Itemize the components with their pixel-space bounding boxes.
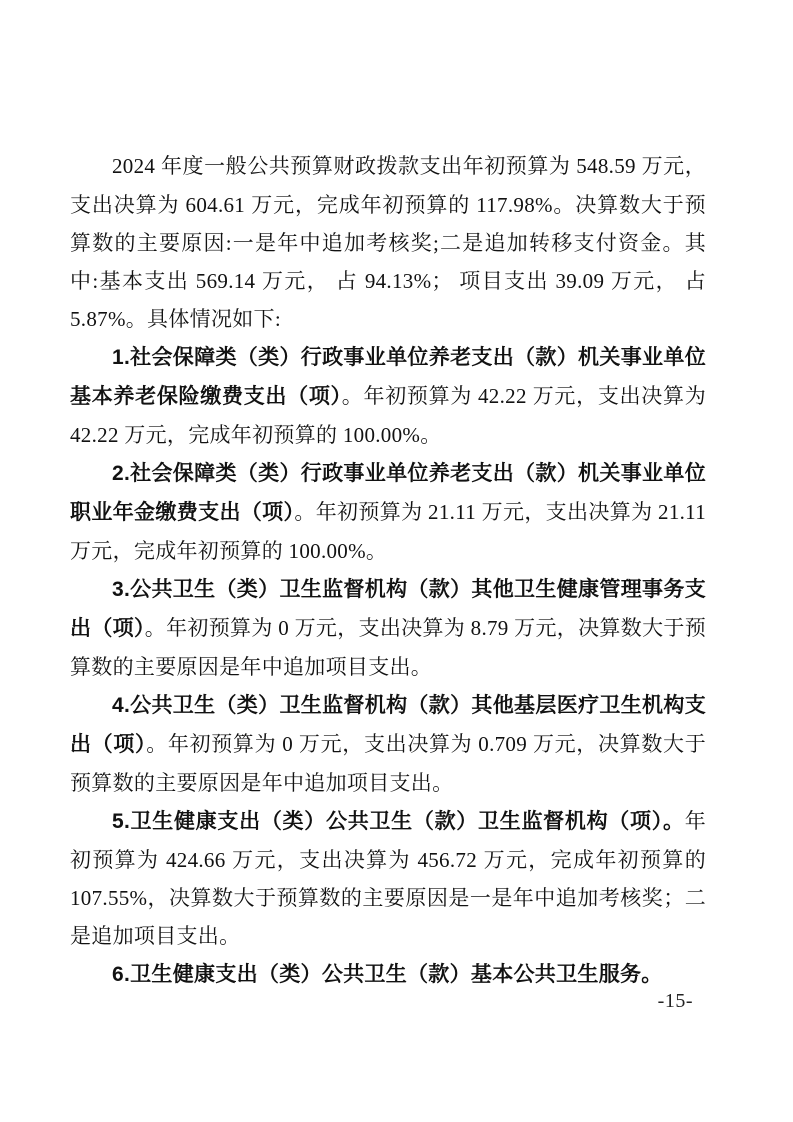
document-body: 2024 年度一般公共预算财政拨款支出年初预算为 548.59 万元，支出决算为… — [70, 147, 706, 994]
document-page: 2024 年度一般公共预算财政拨款支出年初预算为 548.59 万元，支出决算为… — [0, 0, 793, 1122]
paragraph-intro-text: 2024 年度一般公共预算财政拨款支出年初预算为 548.59 万元，支出决算为… — [70, 154, 706, 331]
paragraph-item-6-heading: 6.卫生健康支出（类）公共卫生（款）基本公共卫生服务。 — [112, 963, 663, 986]
paragraph-item-4-text: 。年初预算为 0 万元，支出决算为 0.709 万元，决算数大于预算数的主要原因… — [70, 732, 706, 795]
paragraph-item-2: 2.社会保障类（类）行政事业单位养老支出（款）机关事业单位职业年金缴费支出（项）… — [70, 454, 706, 570]
paragraph-item-5: 5.卫生健康支出（类）公共卫生（款）卫生监督机构（项）。年初预算为 424.66… — [70, 802, 706, 955]
paragraph-item-6: 6.卫生健康支出（类）公共卫生（款）基本公共卫生服务。 — [70, 955, 706, 994]
paragraph-item-4: 4.公共卫生（类）卫生监督机构（款）其他基层医疗卫生机构支出（项）。年初预算为 … — [70, 686, 706, 802]
paragraph-item-3-text: 。年初预算为 0 万元，支出决算为 8.79 万元，决算数大于预算数的主要原因是… — [70, 616, 706, 679]
paragraph-item-3: 3.公共卫生（类）卫生监督机构（款）其他卫生健康管理事务支出（项）。年初预算为 … — [70, 570, 706, 686]
page-number: -15- — [658, 989, 693, 1013]
paragraph-item-5-heading: 5.卫生健康支出（类）公共卫生（款）卫生监督机构（项）。 — [112, 810, 685, 833]
paragraph-intro: 2024 年度一般公共预算财政拨款支出年初预算为 548.59 万元，支出决算为… — [70, 147, 706, 338]
paragraph-item-1: 1.社会保障类（类）行政事业单位养老支出（款）机关事业单位基本养老保险缴费支出（… — [70, 338, 706, 454]
